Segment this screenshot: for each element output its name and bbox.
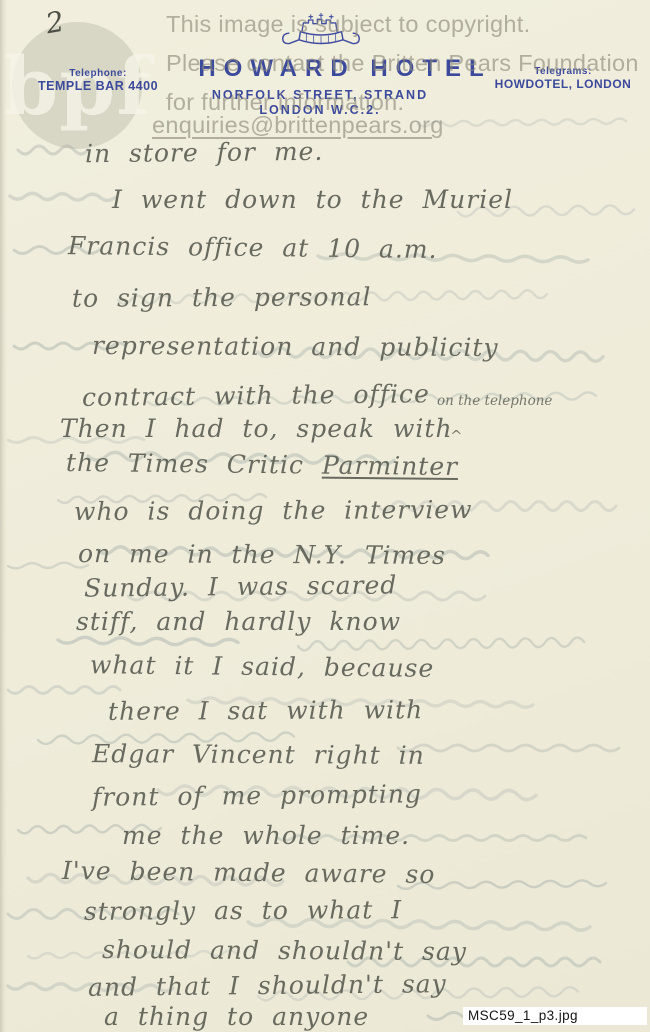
insertion-caret-mark: ^ bbox=[450, 427, 463, 445]
handwritten-line: Francis office at 10 a.m. bbox=[68, 231, 438, 264]
handwritten-line: there I sat with with bbox=[108, 695, 423, 726]
handwritten-line: representation and publicity bbox=[92, 331, 499, 362]
handwritten-line: what it I said, because bbox=[90, 650, 435, 683]
handwritten-line: I went down to the Muriel bbox=[112, 185, 513, 214]
handwritten-line: contract with the office bbox=[82, 379, 430, 412]
handwritten-line: the Times Critic Parminter bbox=[66, 448, 458, 481]
filename-label: MSC59_1_p3.jpg bbox=[463, 1007, 647, 1025]
handwritten-line: me the whole time. bbox=[122, 821, 410, 850]
handwritten-line: Sunday. I was scared bbox=[84, 570, 398, 602]
handwritten-line: on me in the N.Y. Times bbox=[78, 539, 446, 570]
handwritten-line: should and shouldn't say bbox=[102, 935, 467, 966]
insertion-note: on the telephone bbox=[437, 393, 552, 409]
handwritten-line: strongly as to what I bbox=[84, 895, 402, 926]
handwritten-line: Then I had to, speak with bbox=[60, 414, 453, 443]
handwritten-line: I've been made aware so bbox=[62, 856, 436, 889]
handwritten-line: Edgar Vincent right in bbox=[92, 739, 425, 770]
handwritten-line: and that I shouldn't say bbox=[88, 969, 447, 1002]
handwritten-line: stiff, and hardly know bbox=[76, 607, 401, 636]
handwritten-line: who is doing the interview bbox=[74, 495, 473, 526]
handwritten-line: front of me prompting bbox=[92, 779, 422, 811]
handwritten-line: in store for me. bbox=[85, 137, 324, 168]
scanned-letter-page: bpf 2 HOWARD HOTEL NORFOLK STREET, STRAN… bbox=[0, 0, 650, 1032]
handwritten-line: a thing to anyone bbox=[104, 1002, 369, 1031]
handwritten-line: to sign the personal bbox=[72, 282, 372, 313]
handwritten-letter-body: in store for me.I went down to the Murie… bbox=[0, 0, 650, 1032]
